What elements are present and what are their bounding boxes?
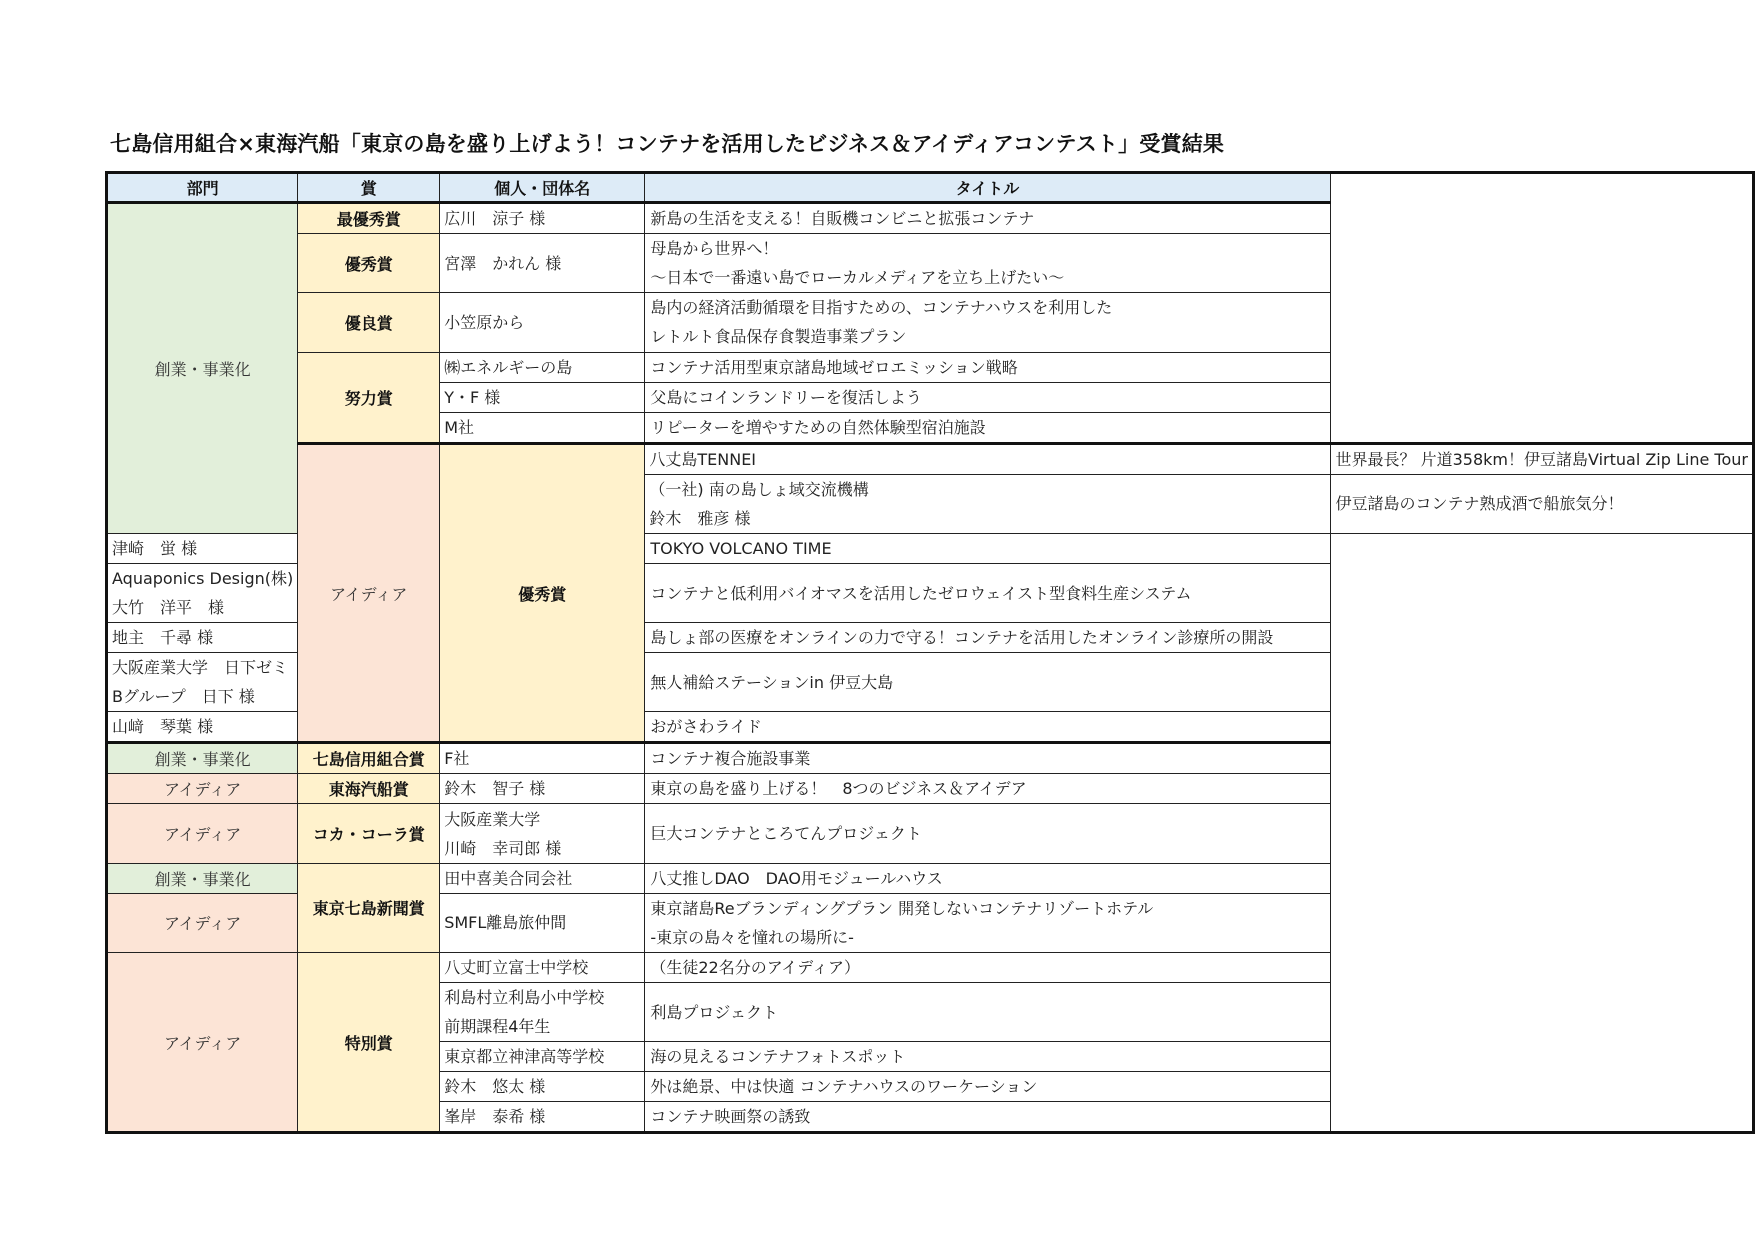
title-cell: 外は絶景、中は快適 コンテナハウスのワーケーション — [645, 1072, 1330, 1102]
title-cell: おがさわライド — [645, 712, 1330, 743]
table-row: アイディア コカ・コーラ賞 大阪産業大学川崎 幸司郎 様 巨大コンテナところてん… — [107, 804, 1754, 863]
name-cell: 大阪産業大学川崎 幸司郎 様 — [440, 804, 645, 863]
name-cell: 広川 涼子 様 — [440, 203, 645, 234]
table-row: アイディア 優秀賞 八丈島TENNEI 世界最長？ 片道358km！伊豆諸島Vi… — [107, 443, 1754, 474]
name-cell: 鈴木 悠太 様 — [440, 1072, 645, 1102]
award-cell: 優秀賞 — [298, 234, 440, 293]
name-cell: SMFL離島旅仲間 — [440, 893, 645, 952]
name-cell: 地主 千尋 様 — [107, 623, 298, 653]
name-cell: 大阪産業大学 日下ゼミBグループ 日下 様 — [107, 653, 298, 712]
title-cell: 東京の島を盛り上げる！ 8つのビジネス＆アイデア — [645, 774, 1330, 804]
title-cell: 父島にコインランドリーを復活しよう — [645, 382, 1330, 412]
name-cell: 峯岸 泰希 様 — [440, 1102, 645, 1133]
name-cell: 津崎 蛍 様 — [107, 533, 298, 563]
title-cell: コンテナと低利用バイオマスを活用したゼロウェイスト型食料生産システム — [645, 563, 1330, 622]
award-cell: 優秀賞 — [440, 443, 645, 743]
department-cell: アイディア — [107, 804, 298, 863]
header-award: 賞 — [298, 173, 440, 203]
department-cell: アイディア — [298, 443, 440, 743]
title-cell: リピーターを増やすための自然体験型宿泊施設 — [645, 412, 1330, 443]
title-cell: 東京諸島Reブランディングプラン 開発しないコンテナリゾートホテル-東京の島々を… — [645, 893, 1330, 952]
page-title: 七島信用組合×東海汽船「東京の島を盛り上げよう！コンテナを活用したビジネス＆アイ… — [110, 128, 1224, 158]
header-name: 個人・団体名 — [440, 173, 645, 203]
name-cell: 小笠原から — [440, 293, 645, 352]
name-cell: （一社) 南の島しょ域交流機構鈴木 雅彦 様 — [645, 474, 1330, 533]
department-cell: アイディア — [107, 953, 298, 1133]
name-cell: Aquaponics Design(株)大竹 洋平 様 — [107, 563, 298, 622]
name-cell: 田中喜美合同会社 — [440, 863, 645, 893]
title-cell: 島内の経済活動循環を目指すための、コンテナハウスを利用したレトルト食品保存食製造… — [645, 293, 1330, 352]
title-cell: 新島の生活を支える！自販機コンビニと拡張コンテナ — [645, 203, 1330, 234]
title-cell: （生徒22名分のアイディア） — [645, 953, 1330, 983]
name-cell: 八丈島TENNEI — [645, 443, 1330, 474]
header-title: タイトル — [645, 173, 1330, 203]
table-row: 努力賞 ㈱エネルギーの島 コンテナ活用型東京諸島地域ゼロエミッション戦略 — [107, 352, 1754, 382]
table-row: 創業・事業化 最優秀賞 広川 涼子 様 新島の生活を支える！自販機コンビニと拡張… — [107, 203, 1754, 234]
department-cell: 創業・事業化 — [107, 863, 298, 893]
table-row: アイディア 特別賞 八丈町立富士中学校 （生徒22名分のアイディア） — [107, 953, 1754, 983]
department-cell: 創業・事業化 — [107, 203, 298, 534]
title-cell: 海の見えるコンテナフォトスポット — [645, 1042, 1330, 1072]
table-row: アイディア 東海汽船賞 鈴木 智子 様 東京の島を盛り上げる！ 8つのビジネス＆… — [107, 774, 1754, 804]
title-cell: コンテナ複合施設事業 — [645, 743, 1330, 774]
award-cell: 東海汽船賞 — [298, 774, 440, 804]
name-cell: 利島村立利島小中学校前期課程4年生 — [440, 983, 645, 1042]
name-cell: 宮澤 かれん 様 — [440, 234, 645, 293]
name-cell: ㈱エネルギーの島 — [440, 352, 645, 382]
table-row: 優良賞 小笠原から 島内の経済活動循環を目指すための、コンテナハウスを利用したレ… — [107, 293, 1754, 352]
name-cell: 東京都立神津高等学校 — [440, 1042, 645, 1072]
name-cell: M社 — [440, 412, 645, 443]
award-results-table: 部門 賞 個人・団体名 タイトル 創業・事業化 最優秀賞 広川 涼子 様 新島の… — [105, 171, 1755, 1134]
title-cell: 母島から世界へ！～日本で一番遠い島でローカルメディアを立ち上げたい～ — [645, 234, 1330, 293]
title-cell: 島しょ部の医療をオンラインの力で守る！コンテナを活用したオンライン診療所の開設 — [645, 623, 1330, 653]
name-cell: Y・F 様 — [440, 382, 645, 412]
title-cell: 利島プロジェクト — [645, 983, 1330, 1042]
table-row: 優秀賞 宮澤 かれん 様 母島から世界へ！～日本で一番遠い島でローカルメディアを… — [107, 234, 1754, 293]
table-header-row: 部門 賞 個人・団体名 タイトル — [107, 173, 1754, 203]
award-cell: 優良賞 — [298, 293, 440, 352]
department-cell: アイディア — [107, 774, 298, 804]
title-cell: 巨大コンテナところてんプロジェクト — [645, 804, 1330, 863]
name-cell: 山﨑 琴葉 様 — [107, 712, 298, 743]
award-cell: コカ・コーラ賞 — [298, 804, 440, 863]
department-cell: アイディア — [107, 893, 298, 952]
title-cell: 八丈推しDAO DAO用モジュールハウス — [645, 863, 1330, 893]
award-cell: 努力賞 — [298, 352, 440, 443]
title-cell: コンテナ映画祭の誘致 — [645, 1102, 1330, 1133]
award-cell: 特別賞 — [298, 953, 440, 1133]
title-cell: 伊豆諸島のコンテナ熟成酒で船旅気分！ — [1330, 474, 1754, 533]
department-cell: 創業・事業化 — [107, 743, 298, 774]
name-cell: 八丈町立富士中学校 — [440, 953, 645, 983]
name-cell: 鈴木 智子 様 — [440, 774, 645, 804]
award-cell: 最優秀賞 — [298, 203, 440, 234]
award-cell: 七島信用組合賞 — [298, 743, 440, 774]
table-row: 創業・事業化 七島信用組合賞 F社 コンテナ複合施設事業 — [107, 743, 1754, 774]
title-cell: コンテナ活用型東京諸島地域ゼロエミッション戦略 — [645, 352, 1330, 382]
header-department: 部門 — [107, 173, 298, 203]
award-cell: 東京七島新聞賞 — [298, 863, 440, 952]
title-cell: 世界最長？ 片道358km！伊豆諸島Virtual Zip Line Tour — [1330, 443, 1754, 474]
table-row: 創業・事業化 東京七島新聞賞 田中喜美合同会社 八丈推しDAO DAO用モジュー… — [107, 863, 1754, 893]
title-cell: TOKYO VOLCANO TIME — [645, 533, 1330, 563]
title-cell: 無人補給ステーションin 伊豆大島 — [645, 653, 1330, 712]
name-cell: F社 — [440, 743, 645, 774]
